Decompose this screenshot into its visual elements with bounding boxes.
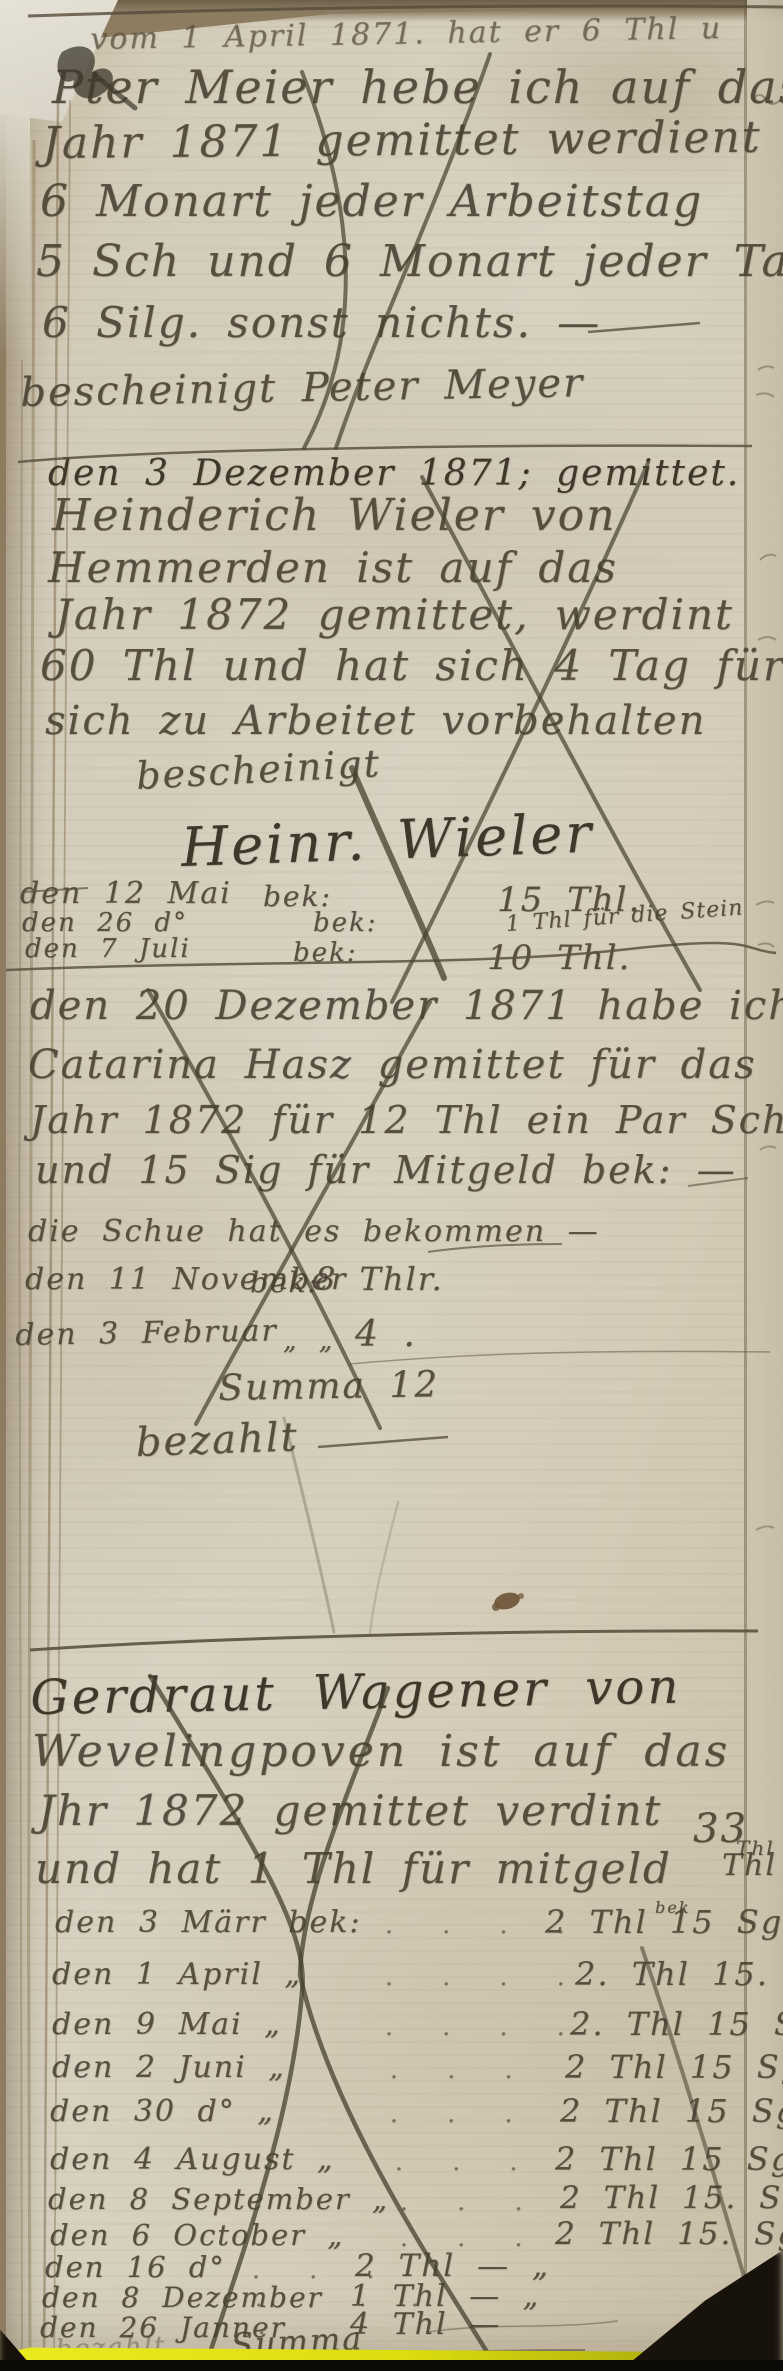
ledger-page-scan: vom 1 April 1871. hat er 6 Thl u Pter Me… (0, 0, 783, 2371)
rule-3 (30, 1631, 758, 1650)
entry4-crossout-stroke (150, 1676, 303, 2368)
entry2-crossout-stroke (392, 463, 648, 1002)
ghost-stroke (284, 1418, 334, 1632)
entry2-crossout-stroke (422, 477, 700, 990)
rule-2 (6, 943, 776, 970)
mitgeld-dash (688, 1178, 748, 1186)
bottom-scan-edge (0, 2360, 783, 2371)
bekommen-dash (428, 1244, 562, 1252)
sum-underline (350, 1351, 770, 1364)
nichts-dash (588, 323, 700, 332)
ink-strokes-overlay (0, 0, 783, 2371)
rule-1 (18, 446, 752, 462)
entry1-crossout-stroke (336, 54, 490, 448)
ink-blot (492, 1603, 500, 1611)
entry1-crossout-stroke (302, 72, 346, 448)
paid-dash (318, 1437, 448, 1447)
ink-flourish (58, 46, 113, 98)
janner-wave (428, 2321, 618, 2332)
entry3-crossout-stroke (148, 990, 380, 1428)
ink-blot (518, 1593, 524, 1599)
ghost-stroke (370, 1502, 398, 1634)
entry4-crossout-stroke (300, 1688, 492, 2360)
entry2-crossout-stroke (352, 768, 444, 978)
date-strike (22, 888, 88, 892)
